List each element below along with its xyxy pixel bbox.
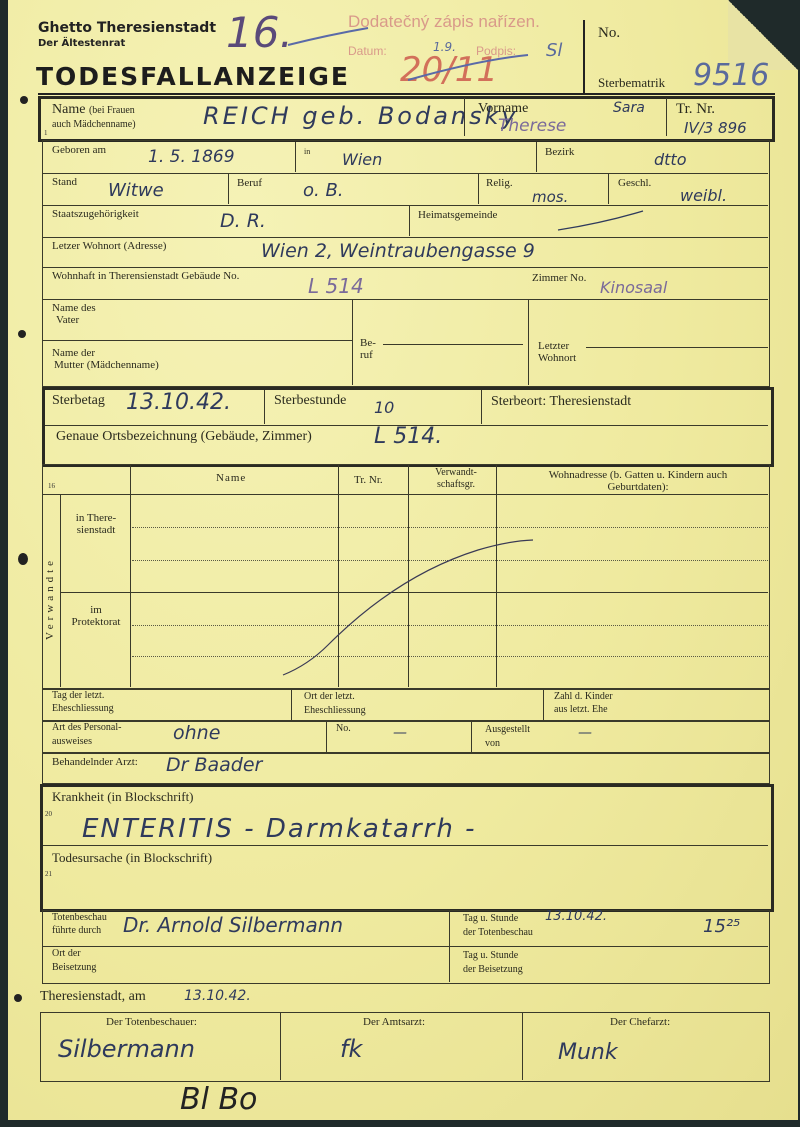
blue-strike-line [258, 20, 588, 90]
in-label: in [304, 146, 310, 158]
beschau-tag-label2: der Totenbeschau [463, 927, 533, 939]
mutter-label: Name der [52, 347, 95, 359]
wohnort-label: Letzer Wohnort (Adresse) [52, 240, 166, 252]
beis-tag-label2: der Beisetzung [463, 964, 523, 976]
wohnhaft-label: Wohnhaft in Therensienstadt Gebäude No. [52, 270, 239, 282]
sterbestunde-label: Sterbestunde [274, 393, 346, 409]
no-label: No. [598, 25, 620, 42]
sig2-label: Der Amtsarzt: [363, 1016, 425, 1028]
zimmer-value: Kinosaal [600, 278, 667, 297]
ausweis-art-label: Art des Personal- [52, 722, 121, 734]
sterbestunde-value: 10 [374, 398, 394, 417]
sig2-value: fk [340, 1035, 362, 1063]
letzter-label: Letzter [538, 340, 569, 352]
vorname-label: Vorname [478, 101, 528, 117]
beruf-label: Beruf [237, 177, 262, 189]
arzt-label: Behandelnder Arzt: [52, 756, 138, 768]
stand-value: Witwe [108, 180, 164, 201]
ausweis-art-value: ohne [173, 722, 220, 744]
beschau-tag-value: 13.10.42. [545, 909, 607, 924]
beis-tag-label: Tag u. Stunde [463, 950, 518, 962]
bezirk-label: Bezirk [545, 146, 574, 158]
relig-value: mos. [532, 188, 568, 206]
heirat-ort-label2: Eheschliessung [304, 705, 366, 717]
punch-hole [18, 330, 26, 338]
beschau-value: Dr. Arnold Silbermann [123, 913, 343, 937]
arzt-value: Dr Baader [166, 754, 262, 776]
ausweis-art-label2: ausweises [52, 736, 92, 748]
beschau-label2: führte durch [52, 925, 101, 937]
heimat-label: Heimatsgemeinde [418, 209, 497, 221]
wohnort-value: Wien 2, Weintraubengasse 9 [261, 240, 535, 262]
beruf-value: o. B. [303, 180, 344, 201]
sig1-label: Der Totenbeschauer: [106, 1016, 197, 1028]
verwandte-label: Verwandte [44, 557, 56, 640]
heirat-tag-label2: Eheschliessung [52, 703, 114, 715]
punch-hole [18, 553, 28, 565]
beruf2-label2: ruf [360, 349, 373, 361]
geschl-value: weibl. [680, 186, 727, 205]
vater-label: Name des [52, 302, 96, 314]
ort-value: L 514. [374, 424, 442, 449]
letzter-label2: Wohnort [538, 352, 576, 364]
col-name-header: Name [216, 472, 246, 484]
relig-label: Relig. [486, 177, 513, 189]
sig1-value: Silbermann [58, 1035, 195, 1063]
sterbetag-value: 13.10.42. [126, 390, 231, 415]
beisetzung-label2: Beisetzung [52, 962, 96, 974]
mutter-label2: Mutter (Mädchenname) [54, 359, 159, 371]
council-name: Der Ältestenrat [38, 38, 125, 49]
beruf2-label: Be- [360, 337, 376, 349]
geboren-value: 1. 5. 1869 [148, 147, 235, 167]
beisetzung-label: Ort der [52, 948, 81, 960]
kinder-label2: aus letzt. Ehe [554, 704, 608, 716]
header-divider [583, 20, 585, 95]
zimmer-label: Zimmer No. [532, 272, 586, 284]
org-name: Ghetto Theresienstadt [38, 20, 216, 36]
ausweis-no-label: No. [336, 723, 351, 735]
geboren-label: Geboren am [52, 144, 106, 156]
vorname-extra: Sara [613, 100, 645, 116]
name-label: Name (bei Frauen [52, 102, 135, 118]
header-rule [38, 93, 775, 95]
heirat-tag-label: Tag der letzt. [52, 690, 104, 702]
vorname-value: Therese [498, 116, 566, 136]
ort-label: Genaue Ortsbezeichnung (Gebäude, Zimmer) [56, 429, 312, 445]
krankheit-label: Krankheit (in Blockschrift) [52, 789, 194, 805]
sterbeort-label: Sterbeort: Theresienstadt [491, 394, 631, 410]
place-date: 13.10.42. [184, 988, 251, 1004]
ausgestellt-label2: von [485, 738, 500, 750]
punch-hole [20, 96, 28, 104]
group-protektorat: im Protektorat [66, 604, 126, 628]
heirat-ort-label: Ort der letzt. [304, 691, 355, 703]
staat-value: D. R. [220, 210, 266, 232]
group-theresienstadt: in There-sienstadt [66, 512, 126, 536]
col-trnr-header: Tr. Nr. [354, 474, 383, 486]
bezirk-value: dtto [654, 150, 687, 169]
initials: Bl Bo [180, 1082, 257, 1117]
sterbematrik-label: Sterbematrik [598, 75, 665, 91]
name-sublabel: auch Mädchenname) [52, 119, 136, 131]
ausgestellt-label: Ausgestellt [485, 724, 530, 736]
ausweis-no-value: — [393, 725, 407, 741]
marriage-row [42, 688, 770, 722]
punch-hole [14, 994, 22, 1002]
in-value: Wien [342, 150, 382, 169]
document-page: Ghetto Theresienstadt Der Ältestenrat TO… [8, 0, 798, 1120]
sterbematrik-value: 9516 [693, 58, 769, 93]
place-label: Theresienstadt, am [40, 989, 146, 1005]
strike-through-stroke [278, 535, 548, 685]
heimat-dash [553, 208, 653, 234]
sig3-label: Der Chefarzt: [610, 1016, 670, 1028]
trnr-label: Tr. Nr. [676, 101, 715, 118]
beschau-tag-label: Tag u. Stunde [463, 913, 518, 925]
arzt-row [42, 752, 770, 784]
name-value: REICH geb. Bodansky [203, 102, 519, 130]
kinder-label: Zahl d. Kinder [554, 691, 613, 703]
wohnhaft-value: L 514 [308, 274, 364, 298]
sig3-value: Munk [558, 1040, 618, 1065]
ausgestellt-value: — [578, 725, 592, 741]
krankheit-value: ENTERITIS - Darmkatarrh - [82, 814, 476, 844]
col-wohnadresse-header: Wohnadresse (b. Gatten u. Kindern auch G… [528, 469, 748, 493]
stand-label: Stand [52, 176, 77, 188]
sterbetag-label: Sterbetag [52, 393, 105, 409]
ursache-label: Todesursache (in Blockschrift) [52, 850, 212, 866]
personal-data-block [42, 140, 770, 387]
vater-label2: Vater [56, 314, 79, 326]
trnr-value: IV/3 896 [684, 119, 747, 137]
col-verwandt-header: Verwandt-schaftsgr. [420, 467, 492, 491]
beschau-stunde-value: 15²⁵ [703, 916, 740, 937]
beschau-label: Totenbeschau [52, 912, 107, 924]
staat-label: Staatszugehörigkeit [52, 208, 139, 220]
geschl-label: Geschl. [618, 177, 651, 189]
